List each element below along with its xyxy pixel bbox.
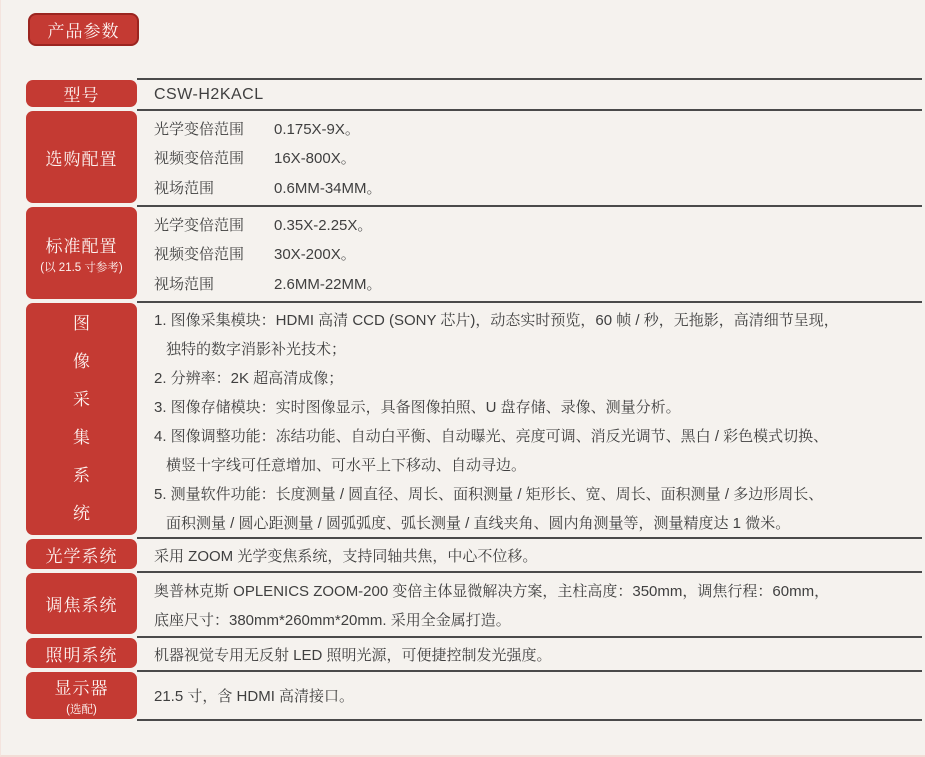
optical-system-text: 采用 ZOOM 光学变焦系统，支持同轴共焦，中心不位移。	[154, 545, 537, 566]
row-label-focus-system: 调焦系统	[26, 573, 137, 634]
spec-value: 2.6MM-22MM。	[274, 270, 382, 299]
spec-line: 视频变倍范围 16X-800X。	[154, 144, 922, 173]
row-label-standard-config-sub: (以 21.5 寸参考)	[40, 259, 122, 275]
display-text: 21.5 寸，含 HDMI 高清接口。	[154, 685, 354, 706]
illumination-system-text: 机器视觉专用无反射 LED 照明光源，可便捷控制发光强度。	[154, 644, 552, 665]
product-spec-page: 产品参数 型号 CSW-H2KACL 选购配置 光学变倍范围 0.175X-9X…	[0, 0, 925, 757]
table-row-illumination-system: 照明系统 机器视觉专用无反射 LED 照明光源，可便捷控制发光强度。	[26, 636, 922, 670]
row-content-illumination-system: 机器视觉专用无反射 LED 照明光源，可便捷控制发光强度。	[137, 636, 922, 670]
row-content-display: 21.5 寸，含 HDMI 高清接口。	[137, 670, 922, 721]
row-label-standard-config-text: 标准配置	[46, 232, 118, 257]
spec-value: 0.6MM-34MM。	[274, 174, 382, 203]
row-label-display-text: 显示器	[55, 674, 109, 699]
feature-line: 4. 图像调整功能：冻结功能、自动白平衡、自动曝光、亮度可调、消反光调节、黑白 …	[154, 422, 922, 451]
row-content-standard-config: 光学变倍范围 0.35X-2.25X。 视频变倍范围 30X-200X。 视场范…	[137, 205, 922, 301]
row-label-optical-system: 光学系统	[26, 539, 137, 569]
spec-line: 视场范围 2.6MM-22MM。	[154, 270, 922, 299]
spec-line: 视场范围 0.6MM-34MM。	[154, 174, 922, 203]
focus-system-line: 奥普林克斯 OPLENICS ZOOM-200 变倍主体显微解决方案，主柱高度：…	[154, 577, 922, 606]
row-label-display: 显示器 (选配)	[26, 672, 137, 719]
product-params-badge-label: 产品参数	[48, 17, 120, 42]
row-label-image-system: 图像采集系统	[26, 303, 137, 535]
row-label-image-system-text: 图像采集系统	[73, 305, 90, 533]
product-params-badge: 产品参数	[28, 13, 139, 46]
table-row-optional-config: 选购配置 光学变倍范围 0.175X-9X。 视频变倍范围 16X-800X。 …	[26, 109, 922, 205]
row-content-model: CSW-H2KACL	[137, 78, 922, 109]
spec-line: 视频变倍范围 30X-200X。	[154, 240, 922, 269]
table-row-optical-system: 光学系统 采用 ZOOM 光学变焦系统，支持同轴共焦，中心不位移。	[26, 537, 922, 571]
row-label-illumination-system-text: 照明系统	[46, 641, 118, 666]
model-number: CSW-H2KACL	[154, 86, 264, 104]
spec-name: 光学变倍范围	[154, 115, 274, 144]
spec-line: 光学变倍范围 0.175X-9X。	[154, 115, 922, 144]
spec-value: 30X-200X。	[274, 240, 356, 269]
feature-line: 5. 测量软件功能：长度测量 / 圆直径、周长、面积测量 / 矩形长、宽、周长、…	[154, 480, 922, 509]
row-label-model: 型号	[26, 80, 137, 107]
spec-table: 型号 CSW-H2KACL 选购配置 光学变倍范围 0.175X-9X。 视频变…	[26, 78, 922, 721]
table-row-focus-system: 调焦系统 奥普林克斯 OPLENICS ZOOM-200 变倍主体显微解决方案，…	[26, 571, 922, 636]
spec-name: 视频变倍范围	[154, 144, 274, 173]
row-label-optional-config-text: 选购配置	[46, 145, 118, 170]
spec-value: 0.35X-2.25X。	[274, 211, 372, 240]
table-row-display: 显示器 (选配) 21.5 寸，含 HDMI 高清接口。	[26, 670, 922, 721]
feature-line: 2. 分辨率：2K 超高清成像；	[154, 364, 922, 393]
table-row-model: 型号 CSW-H2KACL	[26, 78, 922, 109]
spec-name: 视场范围	[154, 270, 274, 299]
spec-name: 视场范围	[154, 174, 274, 203]
table-row-image-system: 图像采集系统 1. 图像采集模块：HDMI 高清 CCD (SONY 芯片)，动…	[26, 301, 922, 537]
feature-line: 独特的数字消影补光技术；	[154, 335, 922, 364]
row-label-optional-config: 选购配置	[26, 111, 137, 203]
row-label-focus-system-text: 调焦系统	[46, 591, 118, 616]
feature-line: 面积测量 / 圆心距测量 / 圆弧弧度、弧长测量 / 直线夹角、圆内角测量等，测…	[154, 509, 922, 538]
spec-name: 光学变倍范围	[154, 211, 274, 240]
feature-line: 1. 图像采集模块：HDMI 高清 CCD (SONY 芯片)，动态实时预览，6…	[154, 306, 922, 335]
spec-value: 16X-800X。	[274, 144, 356, 173]
row-content-optical-system: 采用 ZOOM 光学变焦系统，支持同轴共焦，中心不位移。	[137, 537, 922, 571]
row-label-model-text: 型号	[64, 81, 100, 106]
row-content-optional-config: 光学变倍范围 0.175X-9X。 视频变倍范围 16X-800X。 视场范围 …	[137, 109, 922, 205]
row-label-illumination-system: 照明系统	[26, 638, 137, 668]
feature-line: 横竖十字线可任意增加、可水平上下移动、自动寻边。	[154, 451, 922, 480]
focus-system-line: 底座尺寸：380mm*260mm*20mm. 采用全金属打造。	[154, 606, 922, 635]
row-content-image-system: 1. 图像采集模块：HDMI 高清 CCD (SONY 芯片)，动态实时预览，6…	[137, 301, 922, 537]
spec-value: 0.175X-9X。	[274, 115, 360, 144]
row-content-focus-system: 奥普林克斯 OPLENICS ZOOM-200 变倍主体显微解决方案，主柱高度：…	[137, 571, 922, 636]
spec-name: 视频变倍范围	[154, 240, 274, 269]
row-label-optical-system-text: 光学系统	[46, 542, 118, 567]
spec-line: 光学变倍范围 0.35X-2.25X。	[154, 211, 922, 240]
feature-line: 3. 图像存储模块：实时图像显示，具备图像拍照、U 盘存储、录像、测量分析。	[154, 393, 922, 422]
row-label-standard-config: 标准配置 (以 21.5 寸参考)	[26, 207, 137, 299]
row-label-display-sub: (选配)	[66, 701, 97, 717]
table-row-standard-config: 标准配置 (以 21.5 寸参考) 光学变倍范围 0.35X-2.25X。 视频…	[26, 205, 922, 301]
